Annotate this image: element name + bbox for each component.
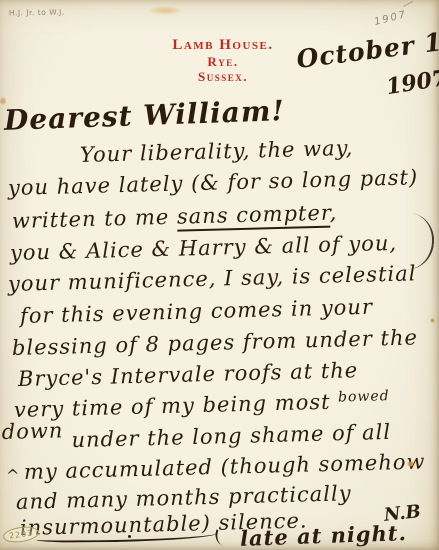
letter-line: written to me sans compter, <box>12 200 338 233</box>
line-text: very time of my being most <box>14 390 339 422</box>
archival-note-sender: H.J. Jr. to W.J. <box>9 8 65 18</box>
pen-dash-flourish <box>36 529 218 543</box>
line-text: written to me <box>12 205 178 233</box>
letterhead-line-house: Lamb House. <box>142 37 304 54</box>
letter-line: Bryce's Intervale roofs at the <box>18 358 359 391</box>
foxing-spot <box>0 96 6 106</box>
archival-note-year: 1907 <box>373 9 408 28</box>
line-text: for this evening comes in your <box>20 295 374 328</box>
foxing-spot <box>430 318 435 323</box>
underlined-phrase: sans compter <box>177 201 330 232</box>
letter-line: for this evening comes in your <box>20 295 374 328</box>
ink-dot <box>128 535 131 538</box>
handwritten-date-year: 1907. <box>384 64 439 100</box>
salutation: Dearest William! <box>4 94 286 137</box>
letter-line: you have lately (& for so long past) <box>8 165 419 200</box>
line-text: you have lately (& for so long past) <box>8 165 419 200</box>
line-text: you & Alice & Harry & all of you, <box>10 231 398 265</box>
line-text: Bryce's Intervale roofs at the <box>18 358 359 391</box>
line-text: your munificence, I say, is celestial <box>8 261 417 296</box>
insertion-caret: ^ <box>6 466 19 485</box>
line-text: under the long shame of all <box>71 420 391 452</box>
letter-line: blessing of 8 pages from under the <box>12 325 418 360</box>
foxing-spot <box>407 461 414 467</box>
closing-line: late at night. <box>240 520 408 550</box>
letter-line: downunder the long shame of all <box>2 420 392 454</box>
accession-stamp: 2203 <box>2 525 40 545</box>
letter-line: very time of my being most bowed <box>14 388 390 422</box>
letter-line: you & Alice & Harry & all of you, <box>10 231 398 265</box>
foxing-spot <box>148 6 182 15</box>
line-text: Your liberality, the way, <box>80 136 354 167</box>
line-text: blessing of 8 pages from under the <box>12 325 418 360</box>
inserted-word: bowed <box>338 388 390 405</box>
line-text: my accumulated (though somehow <box>24 449 426 484</box>
letter-page: H.J. Jr. to W.J. 1907 Lamb House. Rye. S… <box>0 0 439 550</box>
handwritten-date-day: October 17th <box>295 21 439 74</box>
letter-line: your munificence, I say, is celestial <box>8 261 417 296</box>
letter-line: Your liberality, the way, <box>80 136 354 167</box>
marginal-word: down <box>1 418 63 444</box>
letterhead: Lamb House. Rye. Sussex. <box>142 37 304 84</box>
line-text: , <box>329 200 337 224</box>
pencil-scribble-mark <box>403 1 416 12</box>
letterhead-line-county: Sussex. <box>142 69 304 84</box>
letter-line: my accumulated (though somehow <box>24 449 426 484</box>
letterhead-line-town: Rye. <box>142 54 304 69</box>
